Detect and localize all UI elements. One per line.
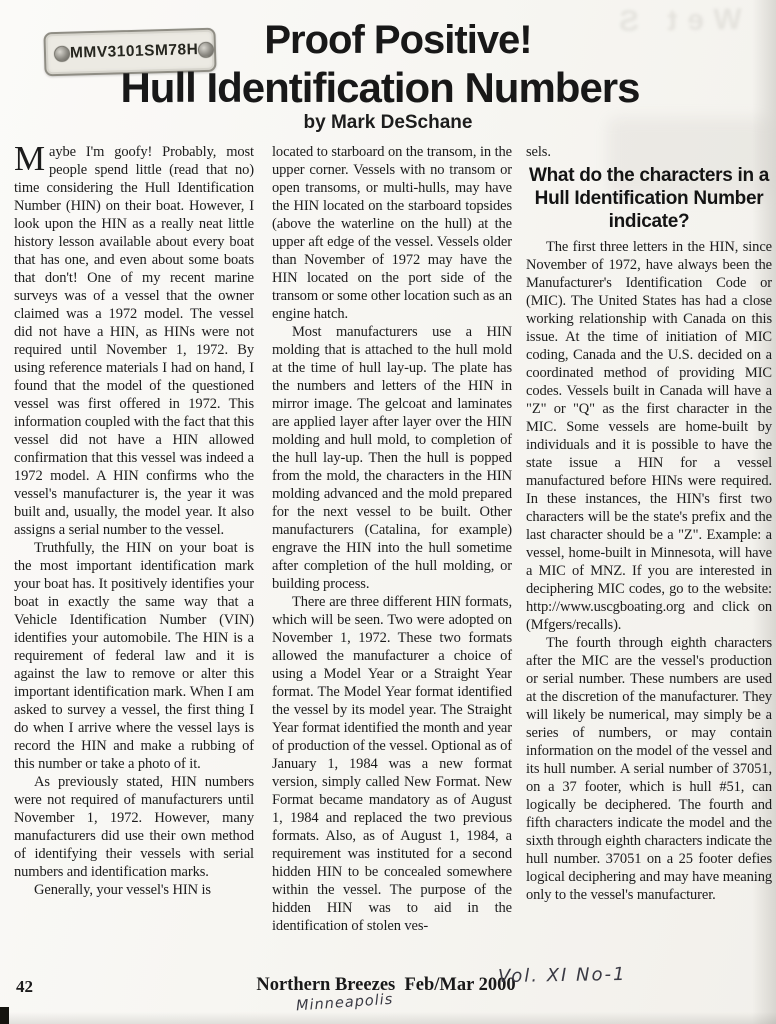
- article-column-3: sels. What do the characters in a Hull I…: [526, 143, 772, 904]
- paragraph: located to starboard on the transom, in …: [272, 143, 512, 323]
- article-title-line1: Proof Positive!: [10, 18, 776, 63]
- paragraph: There are three different HIN formats, w…: [272, 593, 512, 935]
- scan-edge-shadow-bottom: [0, 1012, 776, 1024]
- handwritten-volume-note: Vol. XI No-1: [498, 964, 627, 987]
- paragraph: Generally, your vessel's HIN is: [14, 881, 254, 899]
- scanned-magazine-page: Wet S MMV3101SM78H Proof Positive! Hull …: [0, 0, 776, 1024]
- paragraph: Truthfully, the HIN on your boat is the …: [14, 539, 254, 773]
- paragraph: sels.: [526, 143, 772, 161]
- paragraph-text: aybe I'm goofy! Probably, most people sp…: [14, 144, 254, 538]
- section-heading: What do the characters in a Hull Identif…: [526, 164, 772, 233]
- drop-cap: M: [14, 143, 49, 174]
- paragraph: The fourth through eighth characters aft…: [526, 634, 772, 904]
- paragraph: The first three letters in the HIN, sinc…: [526, 238, 772, 634]
- paragraph: Most manufacturers use a HIN molding tha…: [272, 323, 512, 593]
- article-column-1: Maybe I'm goofy! Probably, most people s…: [14, 143, 254, 899]
- article-column-2: located to starboard on the transom, in …: [272, 143, 512, 935]
- scan-corner-mark: [0, 1007, 9, 1024]
- paragraph: Maybe I'm goofy! Probably, most people s…: [14, 143, 254, 539]
- paragraph: As previously stated, HIN numbers were n…: [14, 773, 254, 881]
- article-title-line2: Hull Identification Numbers: [0, 64, 768, 112]
- article-byline: by Mark DeSchane: [0, 112, 776, 134]
